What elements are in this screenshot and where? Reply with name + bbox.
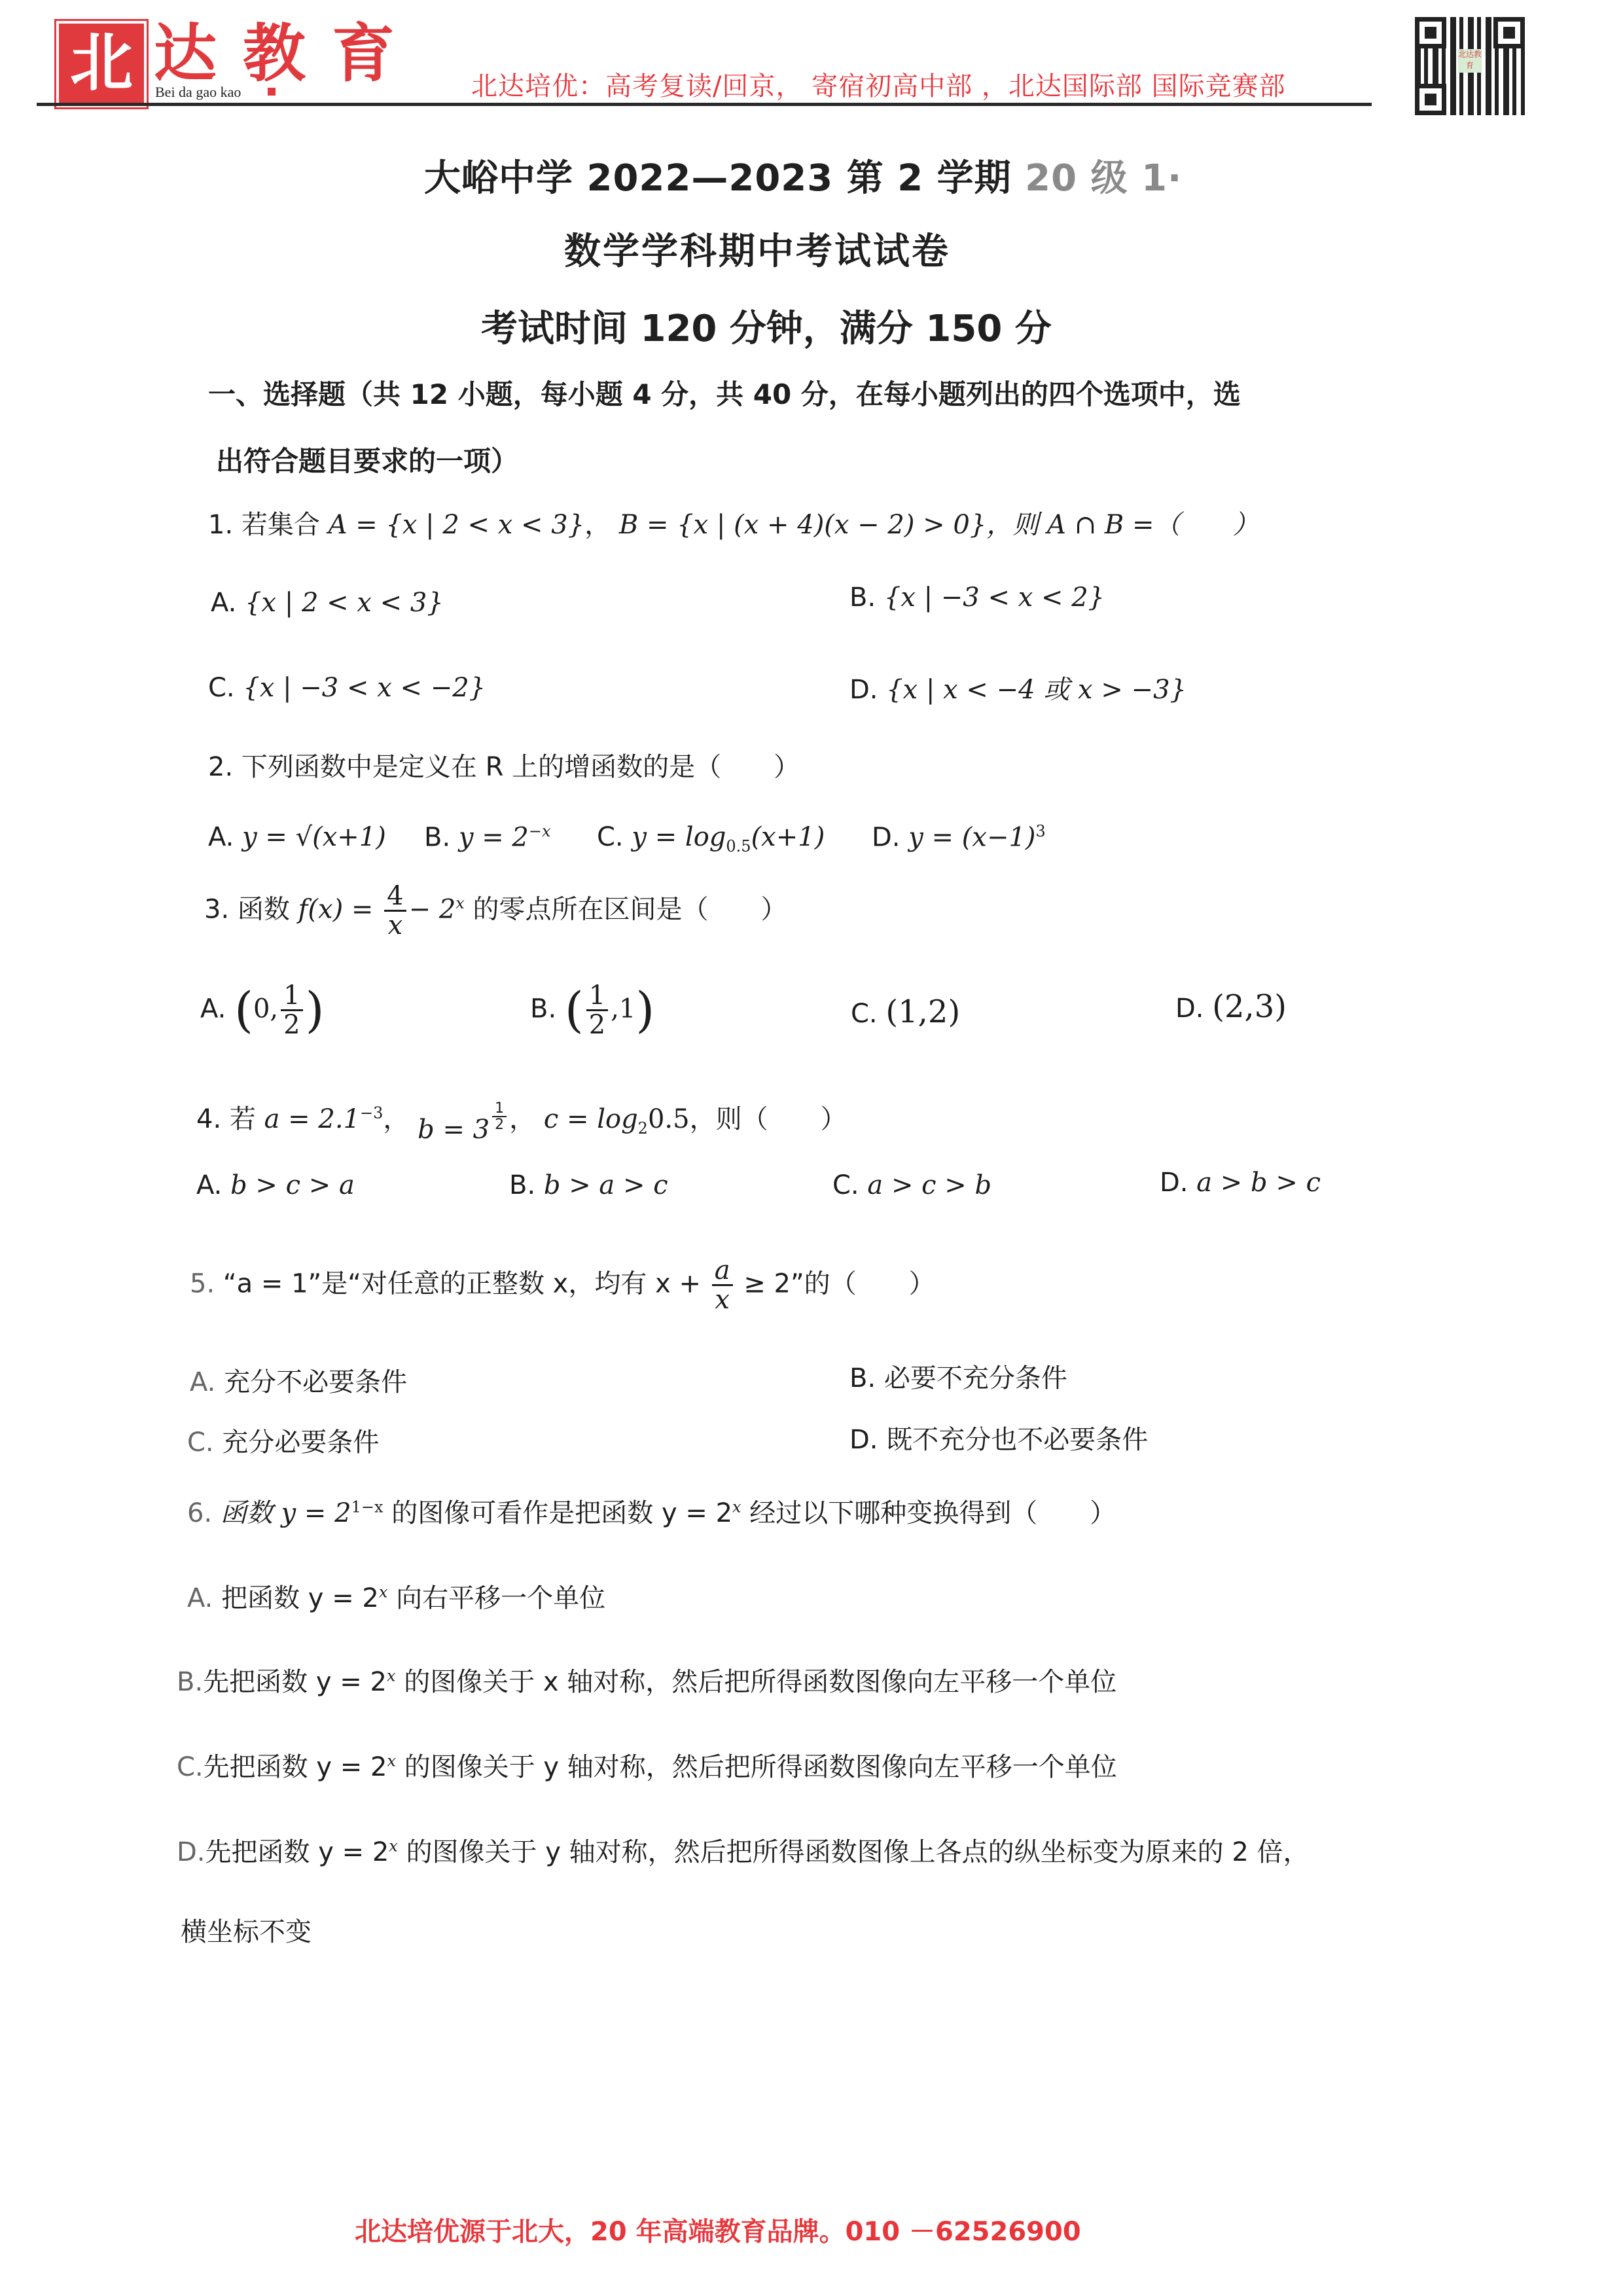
- fraction-numerator: 1: [586, 982, 608, 1011]
- option-label: A.: [200, 994, 226, 1024]
- option-text: b > c > a: [230, 1170, 355, 1200]
- option-6a[interactable]: A. 把函数 y = 2x 向右平移一个单位: [187, 1577, 605, 1615]
- option-text: y = log: [632, 822, 726, 852]
- option-2c[interactable]: C. y = log0.5(x+1): [597, 822, 825, 855]
- math-set-b: B = {x | (x + 4)(x − 2) > 0}: [619, 510, 986, 540]
- header-slogan: 北达培优：高考复读/回京， 寄宿初高中部 ，北达国际部 国际竞赛部: [471, 65, 1286, 103]
- option-5b[interactable]: B. 必要不充分条件: [849, 1357, 1067, 1395]
- fraction-numerator: a: [712, 1257, 733, 1286]
- option-4b[interactable]: B. b > a > c: [509, 1170, 668, 1200]
- fraction: 4x: [384, 882, 406, 939]
- question-stem-suffix: ，则 A ∩ B =（ ）: [986, 510, 1258, 540]
- option-1b[interactable]: B. {x | −3 < x < 2}: [849, 583, 1105, 613]
- option-1a[interactable]: A. {x | 2 < x < 3}: [211, 588, 444, 618]
- option-text: {x | −3 < x < −2}: [243, 673, 486, 703]
- qr-finder-icon: [1493, 17, 1525, 48]
- option-label: A.: [211, 588, 236, 618]
- option-text: {x | 2 < x < 3}: [245, 588, 444, 618]
- option-3d[interactable]: D. (2,3): [1175, 988, 1287, 1025]
- logo-name: 达教育: [154, 21, 421, 86]
- option-label: A.: [196, 1170, 222, 1200]
- option-label: C.: [832, 1170, 859, 1200]
- section-heading-cont: 出符合题目要求的一项）: [216, 440, 518, 479]
- fraction-exponent: 12: [492, 1101, 507, 1132]
- math-superscript: x: [379, 1583, 388, 1602]
- option-label: B.: [509, 1170, 535, 1200]
- option-label: B.: [530, 994, 556, 1024]
- fraction-denominator: 2: [492, 1117, 507, 1132]
- qr-center-logo: 北达教育: [1458, 49, 1482, 73]
- option-1d[interactable]: D. {x | x < −4 或 x > −3}: [849, 669, 1186, 706]
- math-superscript: 1−x: [351, 1498, 383, 1516]
- math-c-definition: c = log: [544, 1104, 638, 1134]
- question-6: 6. 函数 y = 21−x 的图像可看作是把函数 y = 2x 经过以下哪种变…: [187, 1492, 1116, 1530]
- option-6d[interactable]: D.先把函数 y = 2x 的图像关于 y 轴对称，然后把所得函数图像上各点的纵…: [177, 1831, 1310, 1869]
- option-6b[interactable]: B.先把函数 y = 2x 的图像关于 x 轴对称，然后把所得函数图像向左平移一…: [177, 1661, 1116, 1698]
- math-superscript: x: [387, 1667, 396, 1685]
- option-6d-continued: 横坐标不变: [181, 1911, 312, 1948]
- option-label: C.: [208, 673, 235, 703]
- option-text: 必要不充分条件: [884, 1363, 1067, 1393]
- footer-slogan: 北达培优源于北大，20 年高端教育品牌。010 －62526900: [355, 2211, 1081, 2248]
- option-text: y = (x−1): [908, 822, 1035, 852]
- option-5d[interactable]: D. 既不充分也不必要条件: [849, 1419, 1148, 1456]
- option-2d[interactable]: D. y = (x−1)3: [872, 822, 1046, 852]
- fraction-numerator: 1: [492, 1101, 507, 1117]
- math-term: − 2: [409, 895, 456, 925]
- qr-finder-icon: [1415, 84, 1446, 115]
- qr-finder-icon: [1415, 17, 1446, 48]
- paren-open: (: [565, 982, 584, 1039]
- math-subscript: 2: [638, 1119, 648, 1138]
- option-2b[interactable]: B. y = 2−x: [424, 822, 551, 852]
- option-text: 先把函数 y = 2: [203, 1667, 387, 1697]
- question-stem: 函数 y = 2: [221, 1498, 351, 1528]
- option-label: B.: [177, 1667, 203, 1697]
- option-text: a > c > b: [867, 1170, 991, 1200]
- question-number: 1.: [208, 510, 233, 540]
- exam-title-line1: 大峪中学 2022—2023 第 2 学期 20 级 1·: [424, 149, 1182, 202]
- fraction-denominator: x: [384, 912, 406, 939]
- option-5c[interactable]: C. 充分必要条件: [187, 1422, 379, 1459]
- question-stem-mid: 的图像可看作是把函数 y = 2: [391, 1498, 732, 1528]
- option-text: 0,: [253, 994, 278, 1024]
- option-text: a > b > c: [1196, 1168, 1321, 1198]
- option-text: (1,2): [885, 994, 960, 1030]
- option-text: (2,3): [1212, 988, 1287, 1025]
- question-stem: 函数: [238, 895, 290, 925]
- option-text-tail: (x+1): [751, 822, 825, 852]
- exam-title-line2: 数学学科期中考试试卷: [564, 223, 950, 275]
- fraction-denominator: x: [712, 1286, 733, 1314]
- logo-square-icon: [268, 88, 276, 96]
- option-label: C.: [851, 999, 878, 1029]
- option-text-tail: 向右平移一个单位: [396, 1583, 605, 1613]
- fraction: 12: [281, 982, 302, 1039]
- separator: ，: [584, 510, 611, 540]
- option-3c[interactable]: C. (1,2): [851, 994, 960, 1030]
- question-number: 6.: [187, 1498, 212, 1528]
- question-3: 3. 函数 f(x) = 4x− 2x 的零点所在区间是（ ）: [204, 882, 787, 939]
- option-4d[interactable]: D. a > b > c: [1160, 1168, 1321, 1198]
- question-1: 1. 若集合 A = {x | 2 < x < 3}， B = {x | (x …: [208, 504, 1258, 541]
- fraction: 12: [586, 982, 608, 1039]
- logo-mark: 北: [59, 24, 144, 105]
- math-superscript: x: [732, 1498, 741, 1516]
- option-label: B.: [849, 1363, 876, 1393]
- fraction-denominator: 2: [586, 1011, 608, 1039]
- option-1c[interactable]: C. {x | −3 < x < −2}: [208, 673, 486, 703]
- option-label: D.: [849, 1425, 878, 1455]
- option-text: {x | −3 < x < 2}: [884, 583, 1105, 613]
- option-label: A.: [190, 1367, 215, 1397]
- option-text: y = 2: [459, 822, 529, 852]
- question-number: 5.: [190, 1269, 215, 1299]
- math-a-definition: a = 2.1: [264, 1104, 360, 1134]
- option-text: 充分不必要条件: [224, 1367, 407, 1397]
- option-text: y = √(x+1): [242, 822, 386, 852]
- option-text: 先把函数 y = 2: [204, 1752, 387, 1782]
- header-divider: [37, 103, 1372, 106]
- option-label: D.: [849, 675, 878, 705]
- option-3b[interactable]: B. (12,1): [530, 982, 654, 1039]
- option-text: 充分必要条件: [222, 1427, 379, 1458]
- option-text-tail: 的图像关于 y 轴对称，然后把所得函数图像向左平移一个单位: [404, 1752, 1117, 1782]
- math-function: f(x) =: [298, 895, 374, 925]
- option-label: C.: [597, 822, 624, 852]
- math-superscript: −3: [360, 1104, 383, 1122]
- option-label: D.: [872, 822, 901, 852]
- logo-subtitle: Bei da gao kao: [155, 84, 241, 101]
- option-label: D.: [1175, 994, 1204, 1024]
- question-stem-suffix: ，则（ ）: [690, 1104, 847, 1134]
- option-5a[interactable]: A. 充分不必要条件: [190, 1361, 407, 1399]
- option-text: {x | x < −4 或 x > −3}: [886, 675, 1186, 705]
- math-b-definition: b = 3: [418, 1115, 490, 1145]
- option-text: 先把函数 y = 2: [205, 1837, 389, 1867]
- option-label: B.: [424, 822, 450, 852]
- exam-duration: 考试时间 120 分钟，满分 150 分: [481, 300, 1052, 352]
- question-stem: “a = 1”是“对任意的正整数 x，均有 x +: [223, 1269, 701, 1299]
- option-label: A.: [208, 822, 234, 852]
- math-superscript: x: [387, 1752, 396, 1770]
- section-heading: 一、选择题（共 12 小题，每小题 4 分，共 40 分，在每小题列出的四个选项…: [208, 373, 1241, 412]
- option-label: D.: [1160, 1168, 1188, 1198]
- fraction-numerator: 4: [384, 882, 406, 912]
- paren-close: ): [306, 982, 325, 1039]
- question-2: 2. 下列函数中是定义在 R 上的增函数的是（ ）: [208, 746, 800, 783]
- math-set-a: A = {x | 2 < x < 3}: [329, 510, 585, 540]
- fraction-denominator: 2: [281, 1011, 302, 1039]
- math-term: 0.5: [648, 1104, 690, 1134]
- math-superscript: x: [455, 894, 465, 912]
- option-text: 既不充分也不必要条件: [886, 1425, 1148, 1455]
- question-stem-suffix: 经过以下哪种变换得到（ ）: [749, 1498, 1116, 1528]
- paren-close: ): [635, 982, 654, 1039]
- option-superscript: 3: [1036, 822, 1046, 840]
- question-number: 3.: [204, 895, 229, 925]
- option-text-tail: 的图像关于 y 轴对称，然后把所得函数图像上各点的纵坐标变为原来的 2 倍，: [406, 1837, 1310, 1867]
- question-stem: 若集合: [241, 510, 320, 540]
- option-6c[interactable]: C.先把函数 y = 2x 的图像关于 y 轴对称，然后把所得函数图像向左平移一…: [177, 1746, 1117, 1784]
- option-2a[interactable]: A. y = √(x+1): [208, 822, 386, 852]
- option-text-tail: 的图像关于 x 轴对称，然后把所得函数图像向左平移一个单位: [404, 1667, 1116, 1697]
- option-label: D.: [177, 1837, 205, 1867]
- paren-open: (: [234, 982, 253, 1039]
- fraction-numerator: 1: [281, 982, 302, 1011]
- exam-school-term: 大峪中学 2022—2023 第 2 学期: [424, 157, 1012, 200]
- question-stem: 下列函数中是定义在 R 上的增函数的是（ ）: [241, 752, 800, 782]
- question-stem-suffix: ≥ 2”的（ ）: [743, 1269, 935, 1299]
- question-4: 4. 若 a = 2.1−3， b = 312， c = log20.5，则（ …: [196, 1098, 847, 1138]
- fraction: ax: [712, 1257, 733, 1314]
- question-number: 4.: [196, 1104, 221, 1134]
- option-3a[interactable]: A. (0,12): [200, 982, 324, 1039]
- logo-mark-glyph: 北: [62, 26, 141, 99]
- option-text: 把函数 y = 2: [221, 1583, 379, 1613]
- option-superscript: −x: [529, 822, 551, 840]
- option-label: B.: [849, 583, 876, 613]
- option-label: A.: [187, 1583, 213, 1613]
- option-text: b > a > c: [544, 1170, 668, 1200]
- option-label: C.: [187, 1427, 214, 1458]
- option-text: ,1: [611, 994, 635, 1024]
- question-5: 5. “a = 1”是“对任意的正整数 x，均有 x + ax ≥ 2”的（ ）: [190, 1257, 935, 1314]
- question-stem-suffix: 的零点所在区间是（ ）: [473, 895, 787, 925]
- option-4c[interactable]: C. a > c > b: [832, 1170, 991, 1200]
- option-subscript: 0.5: [726, 837, 751, 855]
- question-stem: 若: [230, 1104, 256, 1134]
- math-superscript: x: [389, 1837, 398, 1856]
- exam-grade-faded: 20 级 1·: [1025, 157, 1182, 200]
- option-label: C.: [177, 1752, 204, 1782]
- question-number: 2.: [208, 752, 233, 782]
- option-4a[interactable]: A. b > c > a: [196, 1170, 355, 1200]
